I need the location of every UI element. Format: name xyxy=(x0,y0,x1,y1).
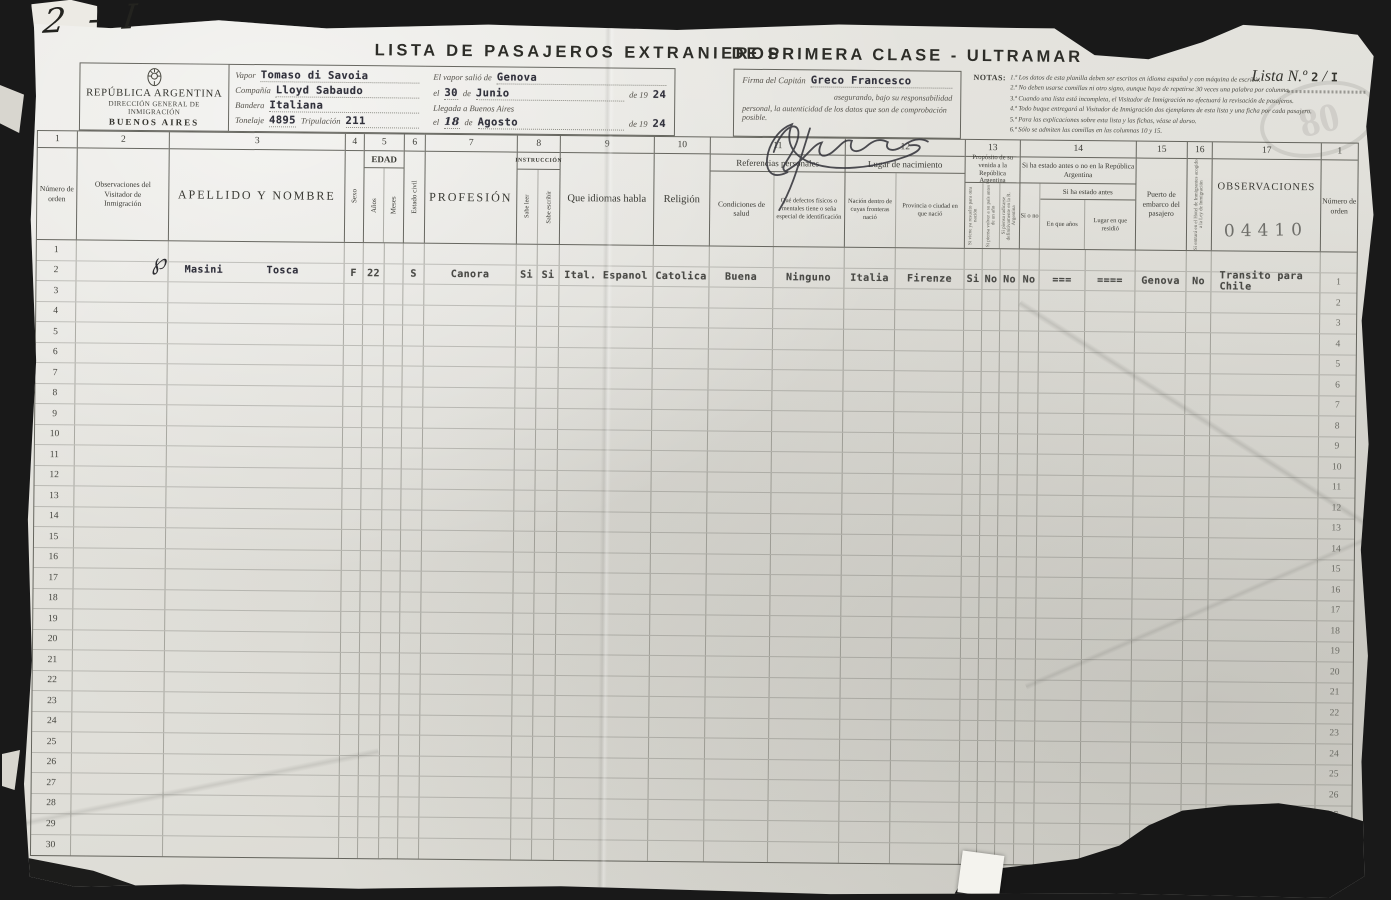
cell-rd xyxy=(516,347,537,367)
cell-yn xyxy=(1020,249,1040,269)
col-purpose: 13 Propósito de su venida a la República… xyxy=(965,140,1021,249)
cell-yn xyxy=(1015,741,1035,761)
cell-yn xyxy=(1014,803,1034,823)
cell-wr xyxy=(536,429,558,449)
cell-pr xyxy=(1084,373,1134,393)
cell-vm xyxy=(76,302,168,322)
cell-pr xyxy=(1083,496,1133,516)
cell-cv xyxy=(402,448,423,468)
cell-nat xyxy=(841,617,892,637)
cell-p2 xyxy=(977,823,995,843)
cell-ht xyxy=(1186,313,1211,333)
cell-cv xyxy=(402,469,423,489)
cell-pr xyxy=(1080,824,1130,844)
cell-ay xyxy=(362,387,383,407)
departure-month: Junio xyxy=(476,87,624,101)
cell-cv xyxy=(403,325,424,345)
cell-or: 23 xyxy=(1316,724,1352,744)
cell-port xyxy=(1131,722,1182,742)
departure-year: 24 xyxy=(653,89,667,101)
cell-p2 xyxy=(982,331,1000,351)
cell-am xyxy=(383,469,402,489)
cell-df xyxy=(769,719,840,739)
cell-df xyxy=(773,288,844,308)
cell-yb xyxy=(1038,373,1084,393)
cell-sex xyxy=(341,673,360,693)
col-profession: 7 PROFESIÓN xyxy=(425,135,518,244)
cell-port xyxy=(1132,661,1183,681)
cell-obs xyxy=(1211,313,1320,334)
cell-nat xyxy=(840,699,891,719)
cell-or xyxy=(1321,252,1357,272)
col-label: En que años xyxy=(1047,220,1078,228)
col-label: Años xyxy=(364,198,384,213)
cell-or: 21 xyxy=(1316,683,1352,703)
cell-p3 xyxy=(1000,331,1019,351)
cell-lang xyxy=(555,778,649,798)
cell-lang xyxy=(556,655,650,675)
cell-hl xyxy=(705,738,769,758)
cell-rd xyxy=(515,368,536,388)
cell-name xyxy=(167,405,343,426)
cell-rel xyxy=(649,697,705,717)
cell-hl xyxy=(707,492,771,512)
cell-wr xyxy=(533,757,555,777)
cell-ay xyxy=(361,551,382,571)
cell-df xyxy=(772,452,843,472)
cell-prof xyxy=(423,449,515,469)
cell-or: 20 xyxy=(1317,662,1353,682)
col-order-left: 1 Número de orden xyxy=(37,131,78,239)
visitor-handwritten-mark: ℘ xyxy=(149,249,167,276)
cell-wr xyxy=(532,819,554,839)
col-civil-status: 6 Estado civil xyxy=(404,135,426,243)
cell-am xyxy=(379,817,398,837)
cell-port xyxy=(1135,353,1186,373)
cell-ol: 26 xyxy=(32,752,72,772)
cell-cv xyxy=(402,428,423,448)
cell-p1 xyxy=(960,720,978,740)
cell-nat xyxy=(843,432,894,452)
cell-rel xyxy=(649,717,705,737)
cell-prov xyxy=(892,679,961,699)
cell-nat xyxy=(843,453,894,473)
cell-p1 xyxy=(964,331,982,351)
cell-sex xyxy=(342,571,361,591)
cell-p2 xyxy=(981,413,999,433)
cell-name xyxy=(166,487,342,508)
cell-nat xyxy=(841,596,892,616)
cell-ol: 17 xyxy=(34,568,74,588)
cell-ay xyxy=(363,284,384,304)
col-label: APELLIDO Y NOMBRE xyxy=(169,149,345,242)
title-left: LISTA DE PASAJEROS EXTRANIEROS xyxy=(375,41,782,64)
cell-yb xyxy=(1037,496,1083,516)
captain-label: Firma del Capitán xyxy=(742,75,805,86)
cell-rel xyxy=(649,779,705,799)
cell-or: 11 xyxy=(1318,478,1354,498)
cell-nat xyxy=(840,719,891,739)
cell-ol: 2 xyxy=(36,260,76,280)
cell-name xyxy=(164,754,340,775)
cell-yb xyxy=(1035,742,1081,762)
cell-nat xyxy=(843,371,894,391)
cell-ay xyxy=(362,448,383,468)
col-label: Número de orden xyxy=(1321,160,1358,251)
scanned-passenger-list-sheet: LISTA DE PASAJEROS EXTRANIEROS DE PRIMER… xyxy=(22,8,1378,900)
cell-nat xyxy=(841,658,892,678)
cell-vm xyxy=(72,691,164,711)
cell-rd xyxy=(517,245,538,265)
col-number: 15 xyxy=(1137,142,1187,159)
cell-wr xyxy=(536,388,558,408)
cell-sex xyxy=(339,796,358,816)
cell-nat xyxy=(843,391,894,411)
cell-p2 xyxy=(979,598,997,618)
cell-ht xyxy=(1185,395,1210,415)
cell-prof xyxy=(420,715,512,735)
cell-df xyxy=(769,760,840,780)
col-number: 7 xyxy=(426,135,517,153)
cell-nat xyxy=(842,473,893,493)
cell-hl xyxy=(707,513,771,533)
cell-am xyxy=(382,571,401,591)
cell-p3 xyxy=(999,434,1018,454)
cell-ht xyxy=(1186,354,1211,374)
cell-ay xyxy=(363,346,384,366)
passenger-table: 1 Número de orden 2 Observaciones del Vi… xyxy=(30,130,1359,869)
col-label: Sabe leer xyxy=(517,195,537,218)
cell-yn xyxy=(1018,372,1038,392)
cell-p2 xyxy=(981,393,999,413)
cell-obs: Transito para Chile xyxy=(1211,272,1320,293)
cell-wr xyxy=(535,491,557,511)
cell-p3 xyxy=(999,393,1018,413)
cell-yb xyxy=(1039,352,1085,372)
cell-rel xyxy=(653,328,709,348)
cell-pr xyxy=(1085,291,1135,311)
cell-hl xyxy=(708,369,772,389)
cell-nat xyxy=(844,350,895,370)
cell-yn xyxy=(1017,495,1037,515)
cell-wr xyxy=(535,573,557,593)
cell-cv xyxy=(402,387,423,407)
cell-ol: 15 xyxy=(34,527,74,547)
cell-rel xyxy=(650,656,706,676)
cell-name xyxy=(164,713,340,734)
agency-country: REPÚBLICA ARGENTINA xyxy=(86,87,222,99)
cell-lang xyxy=(556,634,650,654)
voyage-info-box: El vapor salió de Genova el 30 de Junio … xyxy=(425,66,676,136)
cell-cv xyxy=(402,366,423,386)
cell-obs xyxy=(1207,702,1316,723)
cell-pr xyxy=(1084,394,1134,414)
cell-wr xyxy=(533,778,555,798)
cell-prof xyxy=(420,736,512,756)
cell-am xyxy=(381,592,400,612)
cell-yb xyxy=(1039,291,1085,311)
cell-hl xyxy=(710,246,774,266)
cell-am xyxy=(383,366,402,386)
cell-yb xyxy=(1037,475,1083,495)
cell-p3 xyxy=(996,762,1015,782)
de19-label: de 19 xyxy=(629,118,648,128)
cell-df xyxy=(771,555,842,575)
cell-p3 xyxy=(999,372,1018,392)
col-label: Estado civil xyxy=(410,152,419,243)
cell-sex xyxy=(339,837,358,858)
cell-vm xyxy=(74,568,166,588)
cell-ay: 22 xyxy=(363,264,384,284)
cell-vm xyxy=(75,445,167,465)
cell-am xyxy=(383,448,402,468)
cell-sex xyxy=(340,735,359,755)
cell-ay xyxy=(361,571,382,591)
notas-box: 80 NOTAS: 1.ª Los datos de esta planilla… xyxy=(961,71,1362,143)
cell-yn xyxy=(1019,352,1039,372)
cell-df xyxy=(773,350,844,370)
cell-hl xyxy=(705,779,769,799)
cell-yn xyxy=(1015,700,1035,720)
cell-sex xyxy=(343,427,362,447)
cell-name xyxy=(165,590,341,611)
cell-prov xyxy=(892,658,961,678)
cell-vm xyxy=(76,281,168,301)
paper-scrap xyxy=(0,85,24,133)
cell-p2 xyxy=(980,536,998,556)
cell-cv xyxy=(401,510,422,530)
cell-df xyxy=(770,616,841,636)
cell-prov xyxy=(895,289,964,309)
cell-obs xyxy=(1211,333,1320,354)
cell-df xyxy=(771,473,842,493)
cell-yb: === xyxy=(1039,270,1085,290)
cell-ay xyxy=(359,694,380,714)
cell-or: 24 xyxy=(1316,744,1352,764)
cell-name xyxy=(165,672,341,693)
cell-ay xyxy=(364,243,385,263)
cell-or: 4 xyxy=(1320,334,1356,354)
col-label: Lugar en que residió xyxy=(1087,217,1133,233)
cell-pr xyxy=(1082,681,1132,701)
cell-prov xyxy=(895,351,964,371)
cell-sex xyxy=(343,448,362,468)
cell-prov xyxy=(893,474,962,494)
cell-ht xyxy=(1182,681,1207,701)
cell-port xyxy=(1133,517,1184,537)
cell-hl xyxy=(708,410,772,430)
col-observations: 17 OBSERVACIONES 04410 xyxy=(1212,142,1322,251)
cell-ol: 30 xyxy=(31,834,71,855)
col-label: Sabe escribir xyxy=(538,190,560,223)
cell-am xyxy=(382,530,401,550)
cell-prov xyxy=(893,494,962,514)
cell-ht xyxy=(1185,436,1210,456)
cell-obs xyxy=(1211,292,1320,313)
col-label: Religión xyxy=(654,154,710,246)
cell-p1 xyxy=(961,679,979,699)
cell-am xyxy=(380,715,399,735)
cell-am xyxy=(384,325,403,345)
cell-p3 xyxy=(997,598,1016,618)
cell-rel xyxy=(651,553,707,573)
cell-p3 xyxy=(998,557,1017,577)
cell-yn xyxy=(1014,844,1034,865)
cell-wr xyxy=(533,737,555,757)
cell-name xyxy=(166,528,342,549)
cell-obs xyxy=(1210,415,1319,436)
cell-prof xyxy=(419,818,511,838)
cell-am xyxy=(380,694,399,714)
cell-ay xyxy=(361,510,382,530)
cell-prov xyxy=(891,720,960,740)
cell-p2 xyxy=(983,249,1001,269)
cell-sex xyxy=(340,694,359,714)
cell-p2 xyxy=(978,741,996,761)
cell-p3 xyxy=(995,823,1014,843)
cell-ht xyxy=(1184,559,1209,579)
cell-ay xyxy=(362,407,383,427)
col-label: Si piensa volver a su país antes de un a… xyxy=(983,183,1000,248)
cell-vm xyxy=(75,384,167,404)
cell-rd xyxy=(513,593,534,613)
cell-lang: Ital. Espanol xyxy=(559,265,653,285)
cell-nat xyxy=(840,740,891,760)
cell-am xyxy=(380,756,399,776)
cell-hl xyxy=(709,328,773,348)
cell-hl xyxy=(708,390,772,410)
cell-ht xyxy=(1186,333,1211,353)
cell-cv xyxy=(401,530,422,550)
col-order-right: 1 Número de orden xyxy=(1321,143,1358,251)
cell-ay xyxy=(360,653,381,673)
cell-pr xyxy=(1083,476,1133,496)
cell-obs xyxy=(1207,784,1316,805)
agency-box: REPÚBLICA ARGENTINA DIRECCIÓN GENERAL DE… xyxy=(79,62,230,131)
col-been-before: 14 Si ha estado antes o no en la Repúbli… xyxy=(1020,140,1137,249)
cell-or: 13 xyxy=(1318,519,1354,539)
cell-ht xyxy=(1182,784,1207,804)
cell-rd xyxy=(513,634,534,654)
cell-cv xyxy=(403,305,424,325)
cell-wr xyxy=(535,470,557,490)
cell-prof xyxy=(422,572,514,592)
cell-nat xyxy=(845,248,896,268)
cell-wr xyxy=(537,286,559,306)
cell-p3 xyxy=(995,803,1014,823)
cell-prof xyxy=(422,531,514,551)
passenger-surname: Masini xyxy=(185,264,224,275)
cell-df xyxy=(770,637,841,657)
cell-prof xyxy=(422,510,514,530)
arrival-year: 24 xyxy=(653,118,667,130)
cell-p2 xyxy=(982,352,1000,372)
cell-yb xyxy=(1035,701,1081,721)
departure-label: El vapor salió de xyxy=(433,72,491,83)
cell-prof xyxy=(419,838,511,859)
cell-yn xyxy=(1016,680,1036,700)
cell-name xyxy=(169,241,345,262)
cell-sex xyxy=(341,653,360,673)
col-label: Si entrará en el Hotel de Inmigrantes ac… xyxy=(1194,159,1205,250)
cell-obs xyxy=(1208,661,1317,682)
cell-p1 xyxy=(960,700,978,720)
cell-am xyxy=(383,387,402,407)
cell-vm xyxy=(74,527,166,547)
cell-am xyxy=(382,510,401,530)
cell-ht xyxy=(1184,497,1209,517)
cell-yb xyxy=(1037,537,1083,557)
cell-rd xyxy=(513,675,534,695)
cell-df xyxy=(774,247,845,267)
cell-cv xyxy=(400,653,421,673)
col-label: Meses xyxy=(385,196,404,214)
cell-ht xyxy=(1185,456,1210,476)
cell-lang xyxy=(559,286,653,306)
cell-vm xyxy=(76,322,168,342)
cell-lang xyxy=(559,327,653,347)
col-religion: 10 Religión xyxy=(654,137,711,246)
cell-nat: Italia xyxy=(844,268,895,288)
col-label: Sí o no xyxy=(1020,212,1038,220)
cell-nat xyxy=(844,289,895,309)
cell-vm xyxy=(71,814,163,834)
table-header: 1 Número de orden 2 Observaciones del Vi… xyxy=(37,131,1358,253)
cell-rel xyxy=(648,820,704,840)
cell-p2 xyxy=(979,618,997,638)
cell-yn xyxy=(1017,516,1037,536)
cell-ol: 23 xyxy=(32,691,72,711)
cell-df xyxy=(771,514,842,534)
cell-p1 xyxy=(962,495,980,515)
cell-ay xyxy=(361,530,382,550)
cell-rd xyxy=(516,327,537,347)
cell-vm xyxy=(75,466,167,486)
cell-df xyxy=(770,575,841,595)
arrival-month: Agosto xyxy=(478,116,624,130)
cell-yn xyxy=(1015,721,1035,741)
cell-yb xyxy=(1036,578,1082,598)
cell-name xyxy=(163,836,339,858)
cell-p1 xyxy=(962,474,980,494)
cell-ol: 9 xyxy=(35,404,75,424)
cell-pr xyxy=(1082,619,1132,639)
cell-wr xyxy=(534,675,556,695)
cell-wr xyxy=(537,306,559,326)
cell-cv xyxy=(399,756,420,776)
title-right: DE PRIMERA CLASE - ULTRAMAR xyxy=(732,45,1084,67)
cell-or: 19 xyxy=(1317,642,1353,662)
cell-ht xyxy=(1182,702,1207,722)
cell-df xyxy=(772,411,843,431)
cell-yn xyxy=(1019,290,1039,310)
cell-sex xyxy=(344,304,363,324)
cell-p3 xyxy=(998,516,1017,536)
cell-name xyxy=(166,508,342,529)
col-name: 3 APELLIDO Y NOMBRE xyxy=(169,132,346,242)
cell-p3: No xyxy=(1000,270,1019,290)
cell-hl xyxy=(705,759,769,779)
cell-ht xyxy=(1187,251,1212,271)
cell-obs xyxy=(1207,723,1316,744)
cell-wr xyxy=(534,634,556,654)
cell-ay xyxy=(358,838,379,859)
cell-p1 xyxy=(962,536,980,556)
cell-ol: 14 xyxy=(34,506,74,526)
cell-ht xyxy=(1184,518,1209,538)
cell-p3 xyxy=(997,639,1016,659)
cell-ay xyxy=(358,817,379,837)
